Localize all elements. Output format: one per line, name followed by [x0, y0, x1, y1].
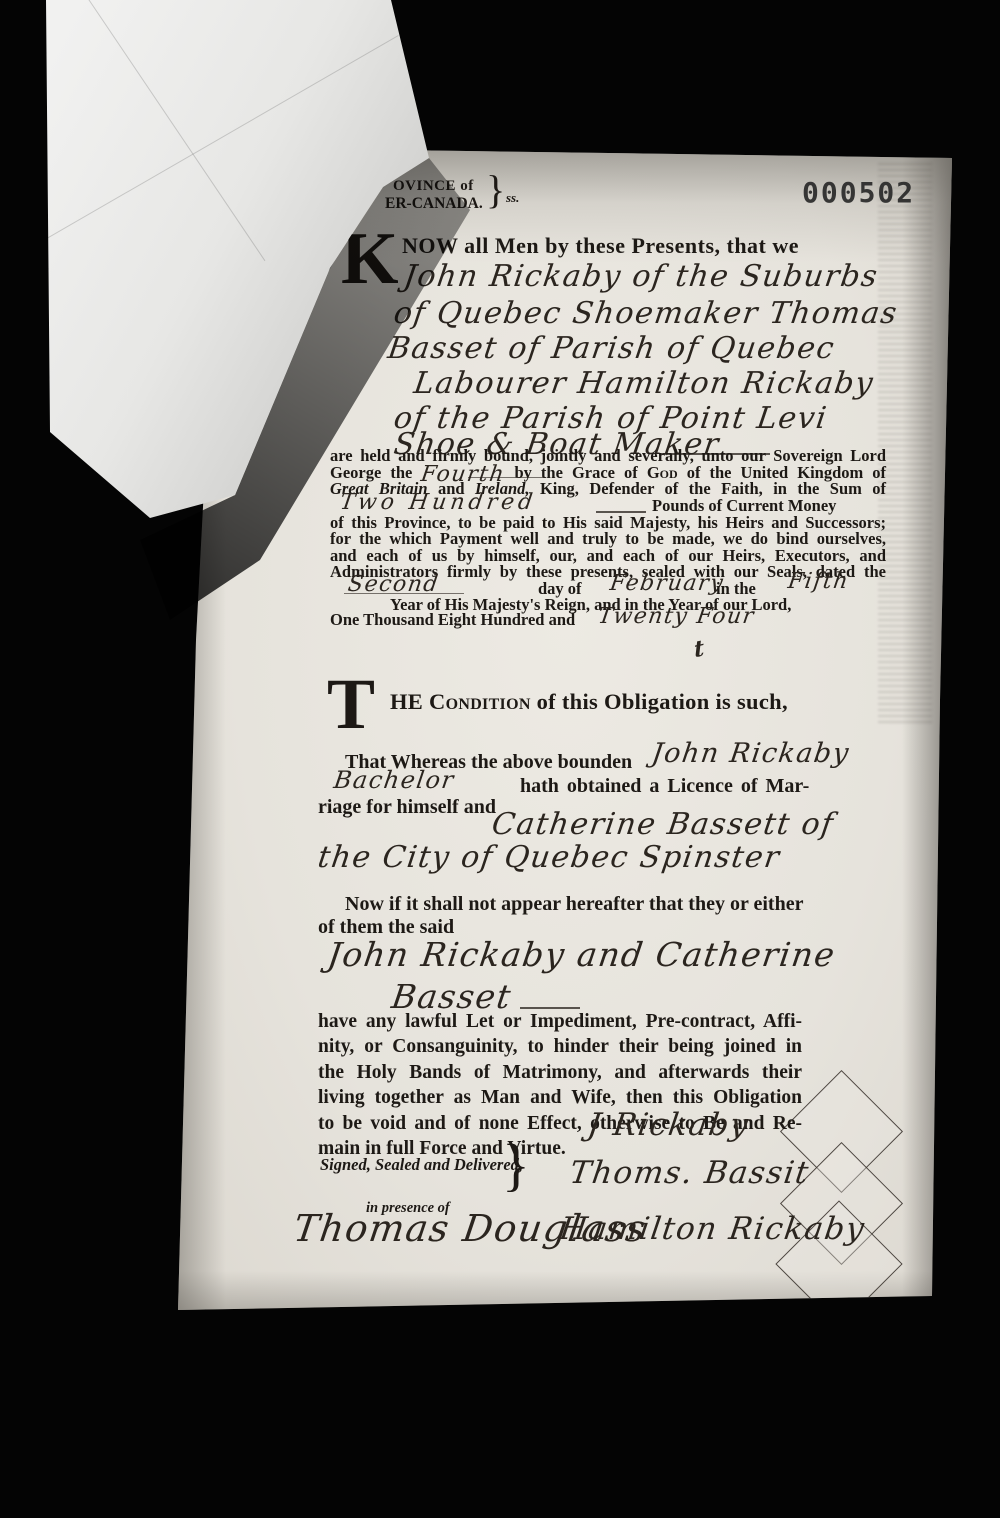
paper-crease — [26, 35, 399, 251]
condition-heading-segment: Condition — [429, 689, 531, 714]
condition-heading-segment: HE — [390, 689, 429, 714]
obligation-line: have any lawful Let or Impediment, Pre-c… — [318, 1012, 802, 1032]
handwritten-couple-names: Basset — [390, 980, 514, 1013]
attestation-brace: } — [502, 1136, 530, 1194]
signed-sealed-label: Signed, Sealed and Delivered, — [320, 1157, 523, 1174]
signature-rickaby: J Rickaby — [586, 1110, 751, 1141]
handwritten-insert: Two Hundred — [338, 492, 537, 514]
handwritten-insert: Bachelor — [332, 768, 456, 792]
condition-heading-segment: of this Obligation is such, — [531, 689, 788, 714]
drop-cap-t: T — [327, 672, 375, 737]
signature-hamilton-rickaby: Hamilton Rickaby — [558, 1214, 867, 1245]
bond-print-segment: One Thousand Eight Hundred and — [330, 612, 575, 629]
obligation-line: the Holy Bands of Matrimony, and afterwa… — [318, 1063, 802, 1083]
header-brace: } — [486, 170, 505, 210]
condition-heading: HE Condition of this Obligation is such, — [390, 691, 788, 714]
signature-bassit: Thoms. Bassit — [568, 1158, 812, 1189]
handwritten-bride-residence: the City of Quebec Spinster — [316, 843, 782, 873]
obligation-line: living together as Man and Wife, then th… — [318, 1088, 802, 1108]
handwritten-insert: Fifth — [786, 571, 850, 593]
condition-print-line: Now if it shall not appear hereafter tha… — [345, 894, 803, 914]
condition-print-line: of them the said — [318, 917, 454, 937]
handwritten-caret-mark: t — [693, 637, 706, 662]
handwritten-groom-name: John Rickaby — [650, 740, 851, 767]
handwritten-parties-line: John Rickaby of the Suburbs — [402, 262, 880, 292]
flourish-line — [468, 476, 546, 478]
stamp-number: 000502 — [802, 176, 915, 209]
handwritten-parties-line: Basset of Parish of Quebec — [386, 334, 837, 364]
condition-print-line: riage for himself and — [318, 797, 496, 817]
handwritten-parties-line: of Quebec Shoemaker Thomas — [392, 299, 900, 329]
flourish-line — [344, 592, 464, 594]
handwritten-parties-line: Labourer Hamilton Rickaby — [412, 369, 876, 399]
paper-crease — [86, 0, 266, 261]
ss-abbreviation: ss. — [506, 191, 519, 204]
flourish-line — [520, 1006, 580, 1009]
handwritten-bride-name: Catherine Bassett of — [490, 810, 836, 840]
condition-print-line: hath obtained a Licence of Mar- — [520, 776, 809, 796]
ink-bleed-through-texture — [878, 163, 932, 723]
know-heading: NOW all Men by these Presents, that we — [402, 235, 799, 257]
handwritten-insert: Twenty Four — [596, 606, 756, 628]
handwritten-couple-names: John Rickaby and Catherine — [326, 938, 838, 971]
scanned-page: { "page": { "stamp": "000502", "header":… — [0, 0, 1000, 1518]
obligation-line: nity, or Consanguinity, to hinder their … — [318, 1037, 802, 1057]
handwritten-insert: February — [608, 573, 725, 595]
